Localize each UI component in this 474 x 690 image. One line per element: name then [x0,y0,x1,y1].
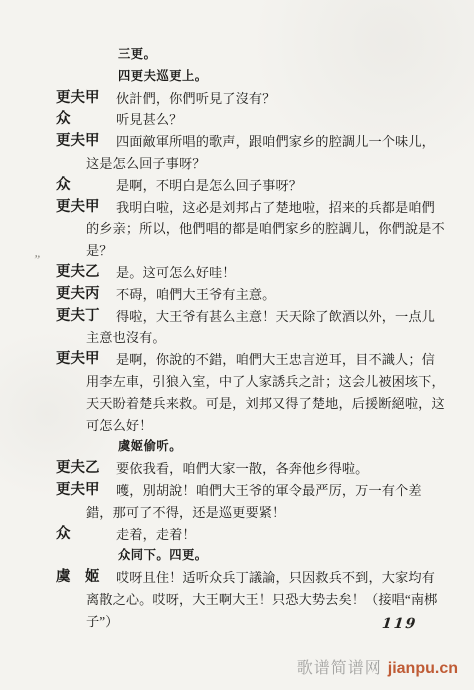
stage-direction-text: 四更夫巡更上。 [118,69,208,83]
dialogue-entry: 更夫丙 不碍，咱們大王爷有主意。 [56,284,446,306]
speaker-name: 更夫甲 [56,349,116,371]
dialogue-entry: 更夫甲 伙計們，你們听見了沒有？ [56,88,446,110]
dialogue-entry: 更夫甲 是啊，你說的不錯，咱們大王忠言逆耳，目不識人；信用李左車，引狼入室，中了… [56,349,446,436]
speech-text: 走着，走着！ [86,524,446,546]
speech-text: 四面敵軍所唱的歌声，跟咱們家乡的腔調儿一个味儿，这是怎么回子事呀？ [86,131,446,175]
speaker-name: 众 [56,175,116,197]
dialogue-entry: 更夫乙 是。这可怎么好哇！ [56,262,446,284]
speaker-name: 更夫甲 [56,480,116,502]
speech-text: 伙計們，你們听見了沒有？ [86,88,446,110]
speaker-name: 更夫甲 [56,88,116,110]
speech-text: 我明白啦，这必是刘邦占了楚地啦，招来的兵都是咱們的乡亲；所以，他們唱的都是咱們家… [86,197,446,262]
dialogue-entry: 众 走着，走着！ [56,524,446,546]
speech-text: 得啦，大王爷有甚么主意！天天除了飲酒以外，一点儿主意也沒有。 [86,306,446,350]
speech-text: 听見甚么？ [86,109,446,131]
speech-text: 是。这可怎么好哇！ [86,262,446,284]
speaker-name: 更夫乙 [56,458,116,480]
speaker-name: 更夫甲 [56,131,116,153]
stage-direction-text: 三更。 [118,47,156,61]
dialogue-entry: 众 是啊，不明白是怎么回子事呀？ [56,175,446,197]
dialogue-entry: 更夫甲 我明白啦，这必是刘邦占了楚地啦，招来的兵都是咱們的乡亲；所以，他們唱的都… [56,197,446,262]
speaker-name: 众 [56,109,116,131]
dialogue-entry: 更夫乙 要依我看，咱們大家一散，各奔他乡得啦。 [56,458,446,480]
stage-direction-text: 虞姬偷听。 [118,439,182,453]
speaker-name: 更夫丙 [56,284,116,306]
dialogue-entry: 更夫丁 得啦，大王爷有甚么主意！天天除了飲酒以外，一点儿主意也沒有。 [56,306,446,350]
watermark-site-link[interactable]: jianpu.cn [388,660,458,677]
speech-text: 是啊，你說的不錯，咱們大王忠言逆耳，目不識人；信用李左車，引狼入室，中了人家誘兵… [86,349,446,436]
stage-direction: 三更。 [118,44,446,66]
speech-text: 嚄，別胡說！咱們大王爷的軍令最严厉，万一有个差錯，那可了不得，还是巡更要紧！ [86,480,446,524]
speaker-name: 更夫乙 [56,262,116,284]
stage-direction: 众同下。四更。 [118,545,446,567]
stage-direction: 虞姬偷听。 [118,436,446,458]
speaker-name: 更夫丁 [56,306,116,328]
watermark: 歌谱简谱网jianpu.cn [297,655,458,678]
stage-direction: 四更夫巡更上。 [118,66,446,88]
speech-text: 要依我看，咱們大家一散，各奔他乡得啦。 [86,458,446,480]
speech-text: 是啊，不明白是怎么回子事呀？ [86,175,446,197]
script-page: 三更。 四更夫巡更上。 更夫甲 伙計們，你們听見了沒有？ 众 听見甚么？ 更夫甲… [0,0,474,690]
stage-direction-text: 众同下。四更。 [118,548,208,562]
script-text-block: 三更。 四更夫巡更上。 更夫甲 伙計們，你們听見了沒有？ 众 听見甚么？ 更夫甲… [56,44,446,633]
speaker-name: 虞 姬 [56,567,116,589]
speaker-name: 更夫甲 [56,197,116,219]
dialogue-entry: 更夫甲 四面敵軍所唱的歌声，跟咱們家乡的腔調儿一个味儿，这是怎么回子事呀？ [56,131,446,175]
page-number: 119 [381,616,418,632]
dialogue-entry: 众 听見甚么？ [56,109,446,131]
speech-text: 不碍，咱們大王爷有主意。 [86,284,446,306]
dialogue-entry: 更夫甲 嚄，別胡說！咱們大王爷的軍令最严厉，万一有个差錯，那可了不得，还是巡更要… [56,480,446,524]
watermark-site-name: 歌谱简谱网 [297,660,382,677]
speaker-name: 众 [56,524,116,546]
scan-artifact: ” [33,252,41,269]
